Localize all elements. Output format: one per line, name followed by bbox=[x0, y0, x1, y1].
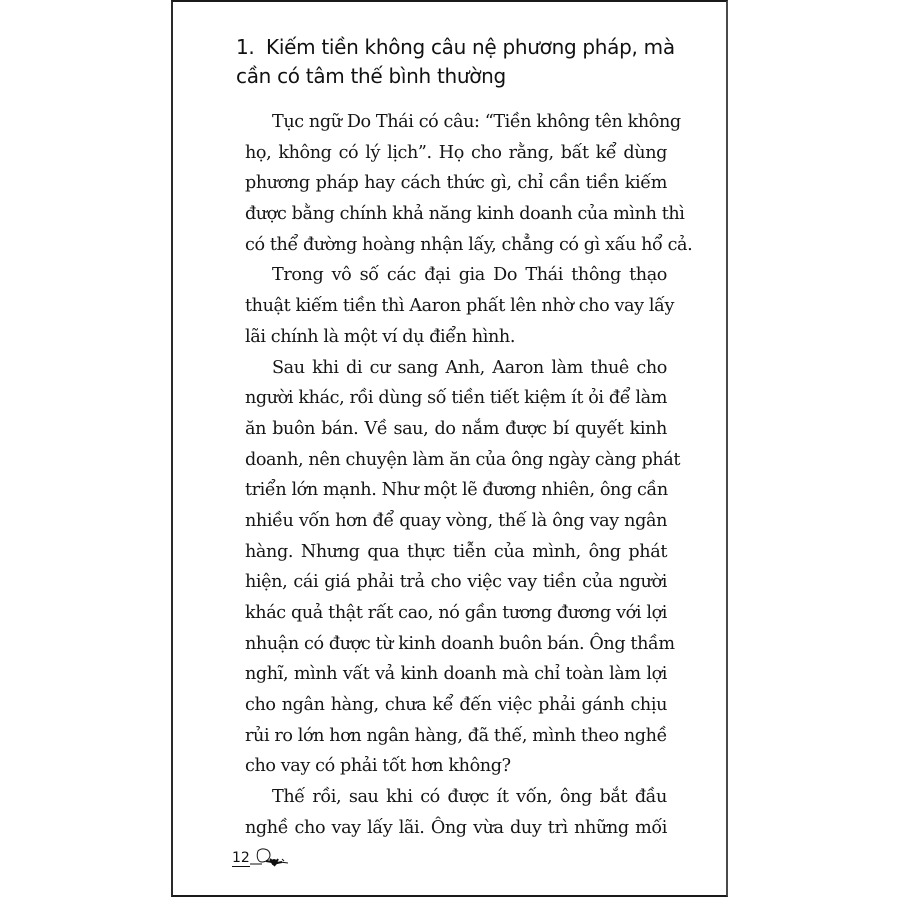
text-line: doanh, nên chuyện làm ăn của ông ngày cà… bbox=[245, 445, 667, 476]
text-line: nhiều vốn hơn để quay vòng, thế là ông v… bbox=[245, 506, 667, 537]
text-line: rủi ro lớn hơn ngân hàng, đã thế, mình t… bbox=[245, 721, 667, 752]
text-line: Thế rồi, sau khi có được ít vốn, ông bắt… bbox=[245, 782, 667, 813]
text-line: triển lớn mạnh. Như một lẽ đương nhiên, … bbox=[245, 475, 667, 506]
text-line: cho vay có phải tốt hơn không? bbox=[245, 751, 667, 782]
heading-line-2: cần có tâm thế bình thường bbox=[236, 64, 506, 88]
text-line: thuật kiếm tiền thì Aaron phất lên nhờ c… bbox=[245, 291, 667, 322]
text-line: Sau khi di cư sang Anh, Aaron làm thuê c… bbox=[245, 353, 667, 384]
section-number: 1. bbox=[236, 33, 266, 62]
body-text: Tục ngữ Do Thái có câu: “Tiền không tên … bbox=[245, 107, 667, 844]
text-line: Trong vô số các đại gia Do Thái thông th… bbox=[245, 260, 667, 291]
text-line: Tục ngữ Do Thái có câu: “Tiền không tên … bbox=[245, 107, 667, 138]
text-line: cho ngân hàng, chưa kể đến việc phải gán… bbox=[245, 690, 667, 721]
text-line: nghĩ, mình vất vả kinh doanh mà chỉ toàn… bbox=[245, 659, 667, 690]
text-line: người khác, rồi dùng số tiền tiết kiệm í… bbox=[245, 383, 667, 414]
text-line: phương pháp hay cách thức gì, chỉ cần ti… bbox=[245, 168, 667, 199]
text-line: hàng. Nhưng qua thực tiễn của mình, ông … bbox=[245, 537, 667, 568]
page-footer: 12 bbox=[232, 847, 298, 867]
heading-line-1: 1.Kiếm tiền không câu nệ phương pháp, mà bbox=[236, 35, 675, 59]
text-line: nhuận có được từ kinh doanh buôn bán. Ôn… bbox=[245, 629, 667, 660]
heading-text-1: Kiếm tiền không câu nệ phương pháp, mà bbox=[266, 35, 675, 59]
text-line: ăn buôn bán. Về sau, do nắm được bí quyế… bbox=[245, 414, 667, 445]
decorative-flourish-icon bbox=[248, 847, 298, 867]
text-line: có thể đường hoàng nhận lấy, chẳng có gì… bbox=[245, 230, 667, 261]
text-line: nghề cho vay lấy lãi. Ông vừa duy trì nh… bbox=[245, 813, 667, 844]
text-line: khác quả thật rất cao, nó gần tương đươn… bbox=[245, 598, 667, 629]
text-line: hiện, cái giá phải trả cho việc vay tiền… bbox=[245, 567, 667, 598]
text-line: được bằng chính khả năng kinh doanh của … bbox=[245, 199, 667, 230]
text-line: lãi chính là một ví dụ điển hình. bbox=[245, 322, 667, 353]
text-line: họ, không có lý lịch”. Họ cho rằng, bất … bbox=[245, 138, 667, 169]
section-heading: 1.Kiếm tiền không câu nệ phương pháp, mà… bbox=[236, 33, 676, 91]
